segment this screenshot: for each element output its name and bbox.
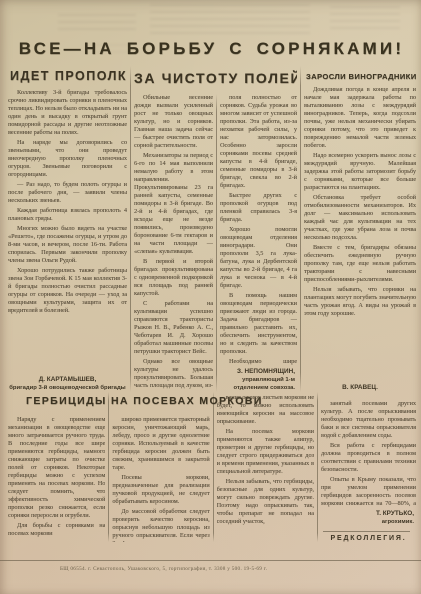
article-paragraph: Наряду с применением механизации в овоще… bbox=[8, 416, 105, 520]
article-weeding: ИДЕТ ПРОПОЛКА Коллективу 3-й бригады тре… bbox=[8, 66, 127, 392]
article-paragraph: Опыты в Крыму показали, что при умелом п… bbox=[321, 476, 416, 507]
article-vineyards: ЗАРОСЛИ ВИНОГРАДНИКИ Дождливая погода в … bbox=[304, 66, 416, 392]
article-weeding-signature: Д. КАРТАМЫШЕВ, бригадир 3-й овощеводческ… bbox=[8, 376, 127, 392]
article-paragraph: В помощь нашим овощеводам периодически п… bbox=[220, 292, 297, 356]
main-headline: ВСЕ—НА БОРЬБУ С СОРНЯКАМИ! bbox=[10, 39, 413, 59]
article-clean-fields-columns: Обильные весенние дожди вызвали усиленны… bbox=[134, 94, 297, 392]
article-paragraph: Необходимо шире развернуть социалистичес… bbox=[220, 358, 297, 365]
article-vineyards-body: Дождливая погода в конце апреля и начале… bbox=[304, 86, 416, 381]
article-paragraph: занятый посевами других культур. А после… bbox=[321, 400, 416, 440]
article-paragraph: Многих можно было видеть на участке «Реш… bbox=[8, 225, 127, 265]
signature-title: агрохимик. bbox=[321, 518, 414, 526]
article-paragraph: Посевы моркови, предназначенные для реал… bbox=[112, 474, 209, 506]
article-herbicides-signature: Т. КРУТЬКО, агрохимик. bbox=[321, 510, 416, 526]
column-divider bbox=[213, 392, 214, 542]
signature-title: бригадир 3-й овощеводческой бригады bbox=[8, 384, 127, 392]
article-paragraph: Вместе с тем, бригадиры обязаны обеспечи… bbox=[304, 244, 416, 284]
editorial-board-rule bbox=[323, 531, 410, 532]
article-paragraph: Надо всемерно ускорить вынос лозы с межд… bbox=[304, 152, 416, 192]
article-paragraph: Однако все овощные культуры не удалось п… bbox=[134, 358, 213, 392]
article-weeding-body: Коллективу 3-й бригады требовалось срочн… bbox=[8, 89, 127, 373]
article-paragraph: Механизаторы за период с 6-го по 14 мая … bbox=[134, 152, 213, 256]
imprint-divider bbox=[0, 560, 421, 561]
article-paragraph: — Раз надо, то будем полоть огурцы и пос… bbox=[8, 181, 127, 205]
column-divider bbox=[317, 392, 318, 542]
column-divider bbox=[108, 392, 109, 542]
article-paragraph: Хорошо помогли овощеводам отделения вино… bbox=[220, 226, 297, 290]
article-paragraph: Обильные весенние дожди вызвали усиленны… bbox=[134, 94, 213, 150]
article-paragraph: Быстрее других с прополкой огурцов под п… bbox=[220, 192, 297, 224]
signature-name: З. НЕПОМНЯЩИН, bbox=[220, 368, 295, 376]
bleed-through-ghost bbox=[58, 14, 136, 32]
bleed-through-ghost bbox=[330, 6, 400, 32]
column-divider bbox=[300, 66, 301, 392]
herbicides-column-4: занятый посевами других культур. А после… bbox=[321, 392, 416, 542]
herbicides-column-3: вания ожогов листьев моркови не будет, т… bbox=[217, 392, 314, 542]
article-paragraph: Нельзя забывать, что гербициды, безопасн… bbox=[217, 478, 314, 526]
bleed-through-ghost bbox=[150, 4, 310, 34]
signature-name: Т. КРУТЬКО, bbox=[321, 510, 414, 518]
article-paragraph: широко применяется тракторный керосин, у… bbox=[112, 416, 209, 472]
article-paragraph: На наряде мы договорились со звеньевыми,… bbox=[8, 139, 127, 179]
article-clean-fields: ЗА ЧИСТОТУ ПОЛЕЙ Обильные весенние дожди… bbox=[134, 66, 297, 392]
editorial-board-label: РЕДКОЛЛЕГИЯ. bbox=[321, 535, 416, 542]
column-divider bbox=[130, 66, 131, 392]
signature-name: В. КРАВЕЦ. bbox=[304, 384, 416, 392]
clean-fields-column-2: поля полностью от сорняков. Судьба урожа… bbox=[220, 94, 297, 392]
article-weeding-headline: ИДЕТ ПРОПОЛКА bbox=[8, 66, 127, 89]
article-paragraph: Вся работа с гербицидами должна проводит… bbox=[321, 442, 416, 474]
article-vineyards-signature: В. КРАВЕЦ. bbox=[304, 384, 416, 392]
article-vineyards-headline: ЗАРОСЛИ ВИНОГРАДНИКИ bbox=[304, 66, 416, 86]
article-paragraph: До массовой обработки следует проверить … bbox=[112, 508, 209, 542]
herbicides-column-1: Наряду с применением механизации в овоще… bbox=[8, 392, 105, 542]
article-paragraph: На посевах моркови применяются также али… bbox=[217, 428, 314, 476]
signature-name: Д. КАРТАМЫШЕВ, bbox=[8, 376, 127, 384]
clean-fields-column-1: Обильные весенние дожди вызвали усиленны… bbox=[134, 94, 213, 392]
herbicides-column-2: широко применяется тракторный керосин, у… bbox=[112, 392, 209, 542]
article-paragraph: Коллективу 3-й бригады требовалось срочн… bbox=[8, 89, 127, 137]
signature-title: управляющий 1-м отделением совхоза. bbox=[220, 376, 295, 392]
article-clean-fields-signature: З. НЕПОМНЯЩИН, управляющий 1-м отделение… bbox=[220, 368, 297, 392]
article-paragraph: Каждая работница взялась прополоть 4 пла… bbox=[8, 207, 127, 223]
top-articles-row: ИДЕТ ПРОПОЛКА Коллективу 3-й бригады тре… bbox=[8, 66, 416, 392]
article-paragraph: С работами на культивации успешно справл… bbox=[134, 300, 213, 356]
article-paragraph: Для борьбы с сорняками на посевах морков… bbox=[8, 522, 105, 538]
article-paragraph: В первой и второй бригадах прокультивиро… bbox=[134, 258, 213, 298]
article-paragraph: Нельзя забывать, что сорняки на плантаци… bbox=[304, 286, 416, 318]
newspaper-page: ВСЕ—НА БОРЬБУ С СОРНЯКАМИ! ИДЕТ ПРОПОЛКА… bbox=[0, 0, 421, 594]
article-herbicides: ГЕРБИЦИДЫ НА ПОСЕВАХ МОРКОВИ Наряду с пр… bbox=[8, 392, 416, 542]
article-clean-fields-headline: ЗА ЧИСТОТУ ПОЛЕЙ bbox=[134, 66, 297, 94]
herbicides-column-4-text: занятый посевами других культур. А после… bbox=[321, 400, 416, 507]
article-paragraph: поля полностью от сорняков. Судьба урожа… bbox=[220, 94, 297, 190]
article-paragraph: Хорошо потрудились также работницы звена… bbox=[8, 267, 127, 315]
column-divider bbox=[216, 94, 217, 392]
article-paragraph: Обстановка требует особой отмобилизованн… bbox=[304, 194, 416, 242]
article-herbicides-columns: Наряду с применением механизации в овоще… bbox=[8, 392, 416, 542]
imprint-line: БЩ 06554. г. Севастополь, Ушаковского, 5… bbox=[60, 566, 267, 572]
article-paragraph: Дождливая погода в конце апреля и начале… bbox=[304, 86, 416, 150]
clean-fields-column-2-text: поля полностью от сорняков. Судьба урожа… bbox=[220, 94, 297, 365]
article-paragraph: вания ожогов листьев моркови не будет, т… bbox=[217, 394, 314, 426]
